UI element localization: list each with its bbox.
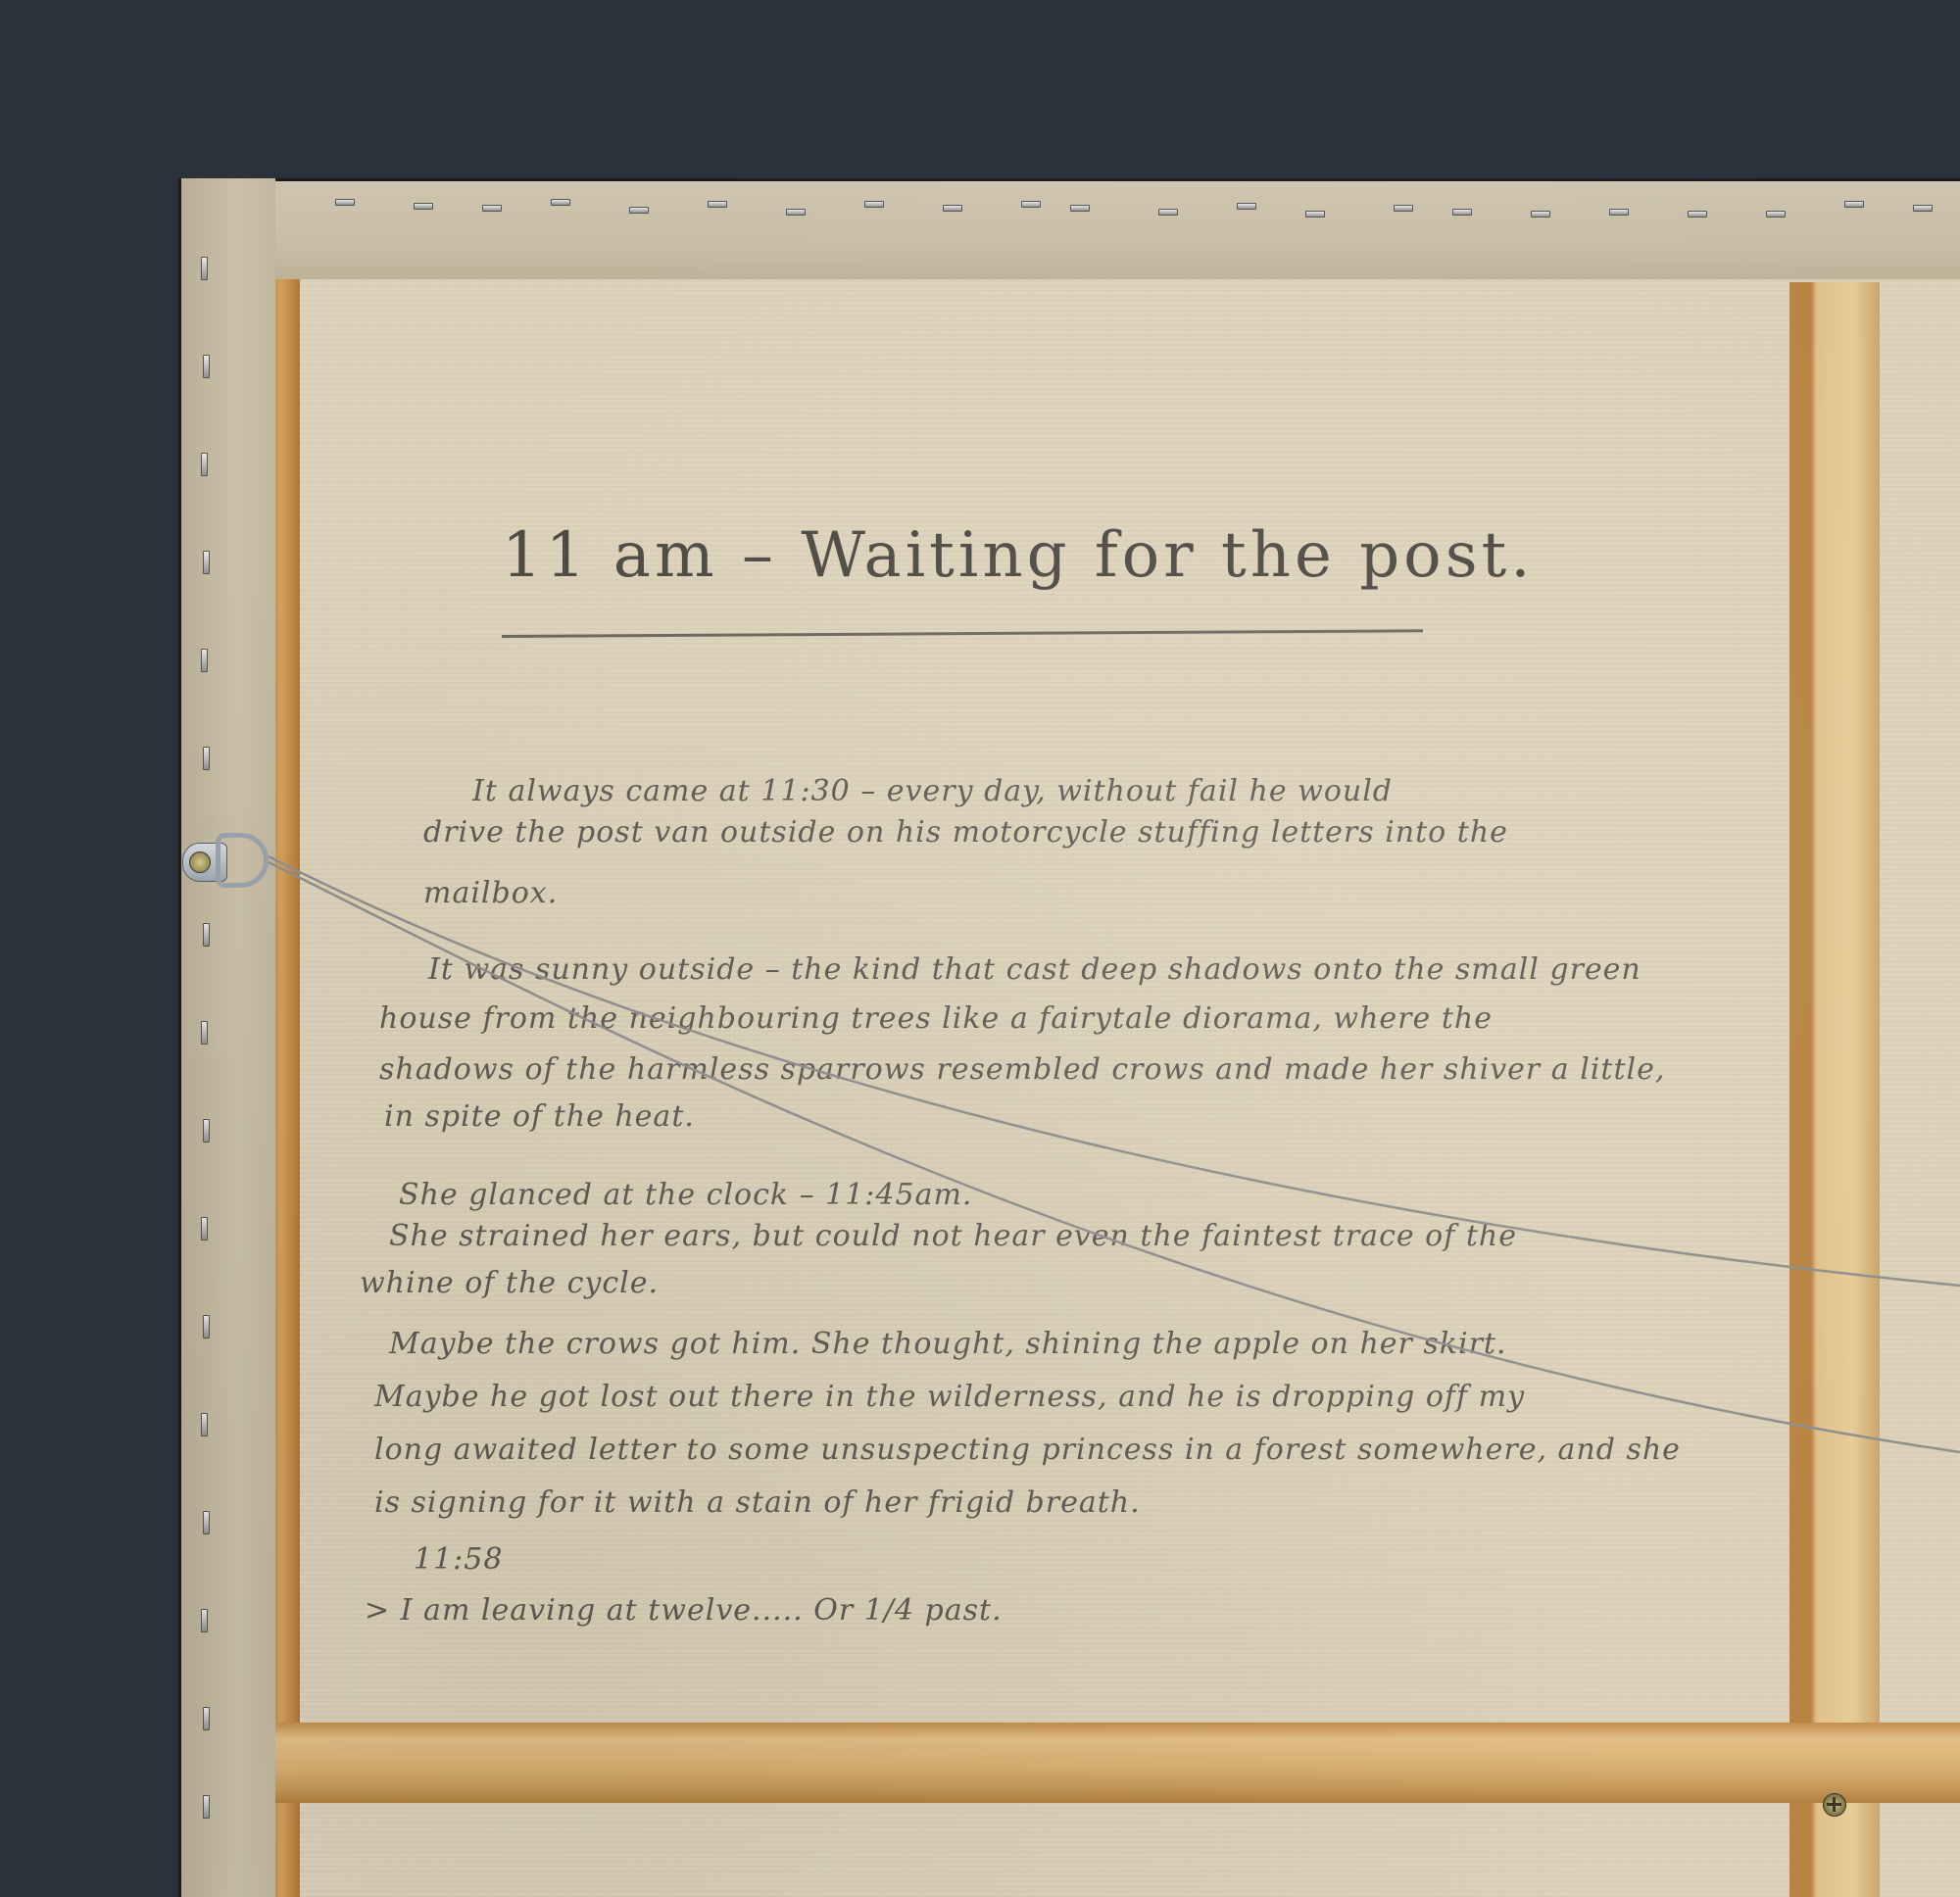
canvas-back: 11 am – Waiting for the post. It always … (178, 178, 1960, 1897)
d-ring-icon (216, 833, 269, 888)
hanging-wire (178, 178, 1960, 1897)
screw-icon (189, 851, 211, 873)
